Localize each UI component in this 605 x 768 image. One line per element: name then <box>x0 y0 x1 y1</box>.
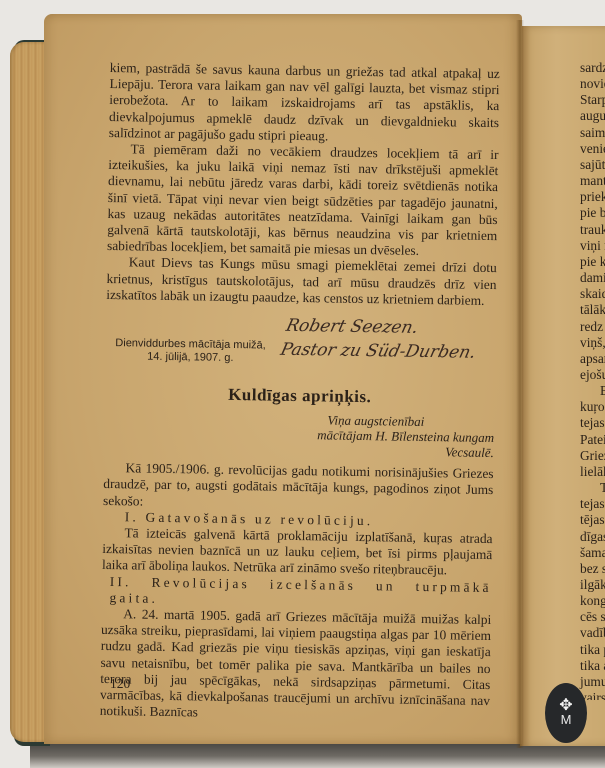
signature-date: 14. jūlijā, 1907. g. <box>105 350 275 366</box>
paragraph: Tā piemēram daži no vecākiem draudzes lo… <box>107 141 499 261</box>
paragraph: Kaut Dievs tas Kungs mūsu smagi piemeklē… <box>106 254 497 309</box>
paragraph: A. 24. martā 1905. gadā arī Griezes mācī… <box>100 606 492 726</box>
paragraph: Kā 1905./1906. g. revolūcijas gadu notik… <box>103 460 494 515</box>
paragraph: Tā izteicās galvenā kārtā proklamāciju i… <box>102 525 493 580</box>
right-page-line: tika atgād <box>580 658 605 674</box>
right-page-line: Starp cit <box>580 92 605 108</box>
handwritten-signature: Robert Seezen. Pastor zu Süd-Durben. <box>278 314 484 365</box>
signature-place-date: Dienviddurbes mācītāja muižā, 14. jūlijā… <box>105 337 275 366</box>
watermark-letter: M <box>561 713 572 727</box>
right-page-line: cēs skolā <box>580 609 605 625</box>
right-page-line: dīgas sem <box>580 529 605 545</box>
right-page-line: pie bazni <box>580 205 605 221</box>
right-page-line: traukums <box>580 222 605 238</box>
right-page-line: kuŗos run <box>580 399 605 415</box>
right-page-line: sajūtu pie <box>580 157 605 173</box>
right-page-line: bez sirdsa <box>580 561 605 577</box>
right-page-line: ilgāku lai <box>580 577 605 593</box>
watermark-badge: ✥ M <box>545 683 587 743</box>
right-page-line: redz drau <box>580 319 605 335</box>
right-page-line: venie va <box>580 141 605 157</box>
right-page-line: augustā <box>580 108 605 124</box>
right-page-line: tejas, kā <box>580 496 605 512</box>
right-page-line: ejošu iesp <box>580 367 605 383</box>
right-page-line: pie kam t <box>580 254 605 270</box>
right-page-line: vadībā ar <box>580 625 605 641</box>
right-page-line: sardze u <box>580 60 605 76</box>
right-page-line: viņi nu v <box>580 238 605 254</box>
right-page-line: Griezes r <box>580 448 605 464</box>
right-page-lines: sardze unovietotāStarp citaugustāsaimnie… <box>580 60 605 700</box>
right-page-line: B. T <box>580 383 605 399</box>
flower-diamond-logo-icon: ✥ <box>559 699 572 713</box>
right-page-line: Pateicotie <box>580 432 605 448</box>
right-page-line: novietotā <box>580 76 605 92</box>
right-page-line: tejas vēle <box>580 415 605 431</box>
right-page-text: sardze unovietotāStarp citaugustāsaimnie… <box>578 60 605 700</box>
dedication: Viņa augstcienībai mācītājam H. Bīlenste… <box>104 409 495 460</box>
right-page-line: Tā ar <box>580 480 605 496</box>
right-page-line: prieku pa <box>580 189 605 205</box>
right-page-line: tika paziņ <box>580 642 605 658</box>
signature-place: Dienviddurbes mācītāja muižā, <box>105 337 275 353</box>
paragraph: kiem, pastrādā še savus kauna darbus un … <box>109 60 500 147</box>
right-page-line: skaidrot, <box>580 286 605 302</box>
right-page-line: lielākiem <box>580 464 605 480</box>
signature-name: Robert Seezen. <box>284 314 484 341</box>
page-number: 120 <box>110 676 130 692</box>
left-page-text: kiem, pastrādā še savus kauna darbus un … <box>100 60 500 726</box>
signature-block: Dienviddurbes mācītāja muižā, 14. jūlijā… <box>105 311 496 373</box>
section-title: Kuldīgas apriņķis. <box>105 385 495 407</box>
right-page-line: mantīgo <box>580 173 605 189</box>
right-page-line: šamas īpa <box>580 545 605 561</box>
right-page-line: jumu, ka <box>580 674 605 690</box>
right-page-line: tējas kus <box>580 512 605 528</box>
right-page-line: damies n <box>580 270 605 286</box>
right-page-line: tālāk, ka <box>580 302 605 318</box>
book-gutter <box>516 20 524 748</box>
right-page-line: apsargāt. <box>580 351 605 367</box>
right-page-line: kongresā <box>580 593 605 609</box>
signature-title: Pastor zu Süd-Durben. <box>278 338 478 365</box>
right-page-line: viņš, māc <box>580 335 605 351</box>
right-page-line: saimnieki <box>580 125 605 141</box>
